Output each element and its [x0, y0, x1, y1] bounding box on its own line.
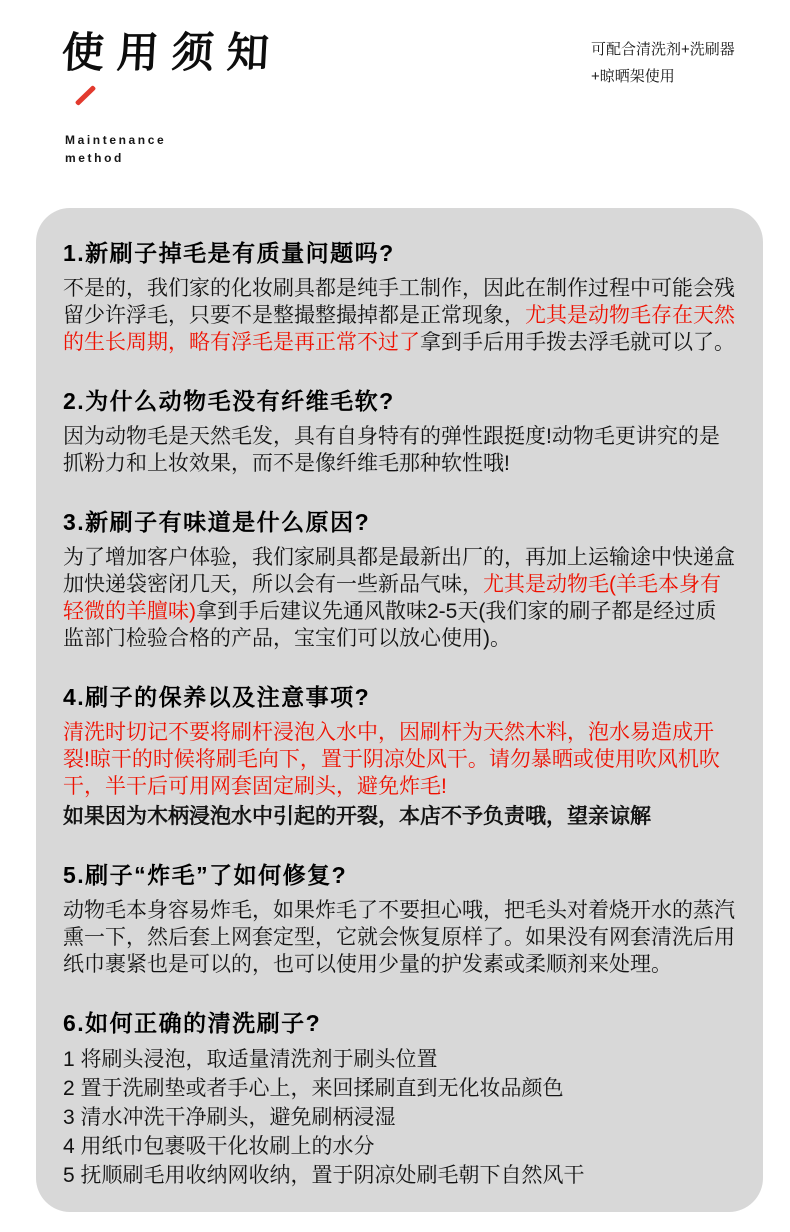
accessory-note-line: 可配合清洗剂+洗刷器	[591, 36, 735, 63]
usage-notice-page: 使用须知 Maintenance method 可配合清洗剂+洗刷器 +晾晒架使…	[0, 0, 790, 1232]
answer-text-segment: 动物毛本身容易炸毛，如果炸毛了不要担心哦，把毛头对着烧开水的蒸汽熏一下，然后套上…	[63, 899, 735, 976]
cleaning-step: 1 将刷头浸泡，取适量清洗剂于刷头位置	[63, 1045, 737, 1074]
faq-question: 1.新刷子掉毛是有质量问题吗?	[63, 235, 737, 268]
faq-panel: 1.新刷子掉毛是有质量问题吗? 不是的，我们家的化妆刷具都是纯手工制作，因此在制…	[36, 208, 763, 1212]
faq-answer: 为了增加客户体验，我们家刷具都是最新出厂的，再加上运输途中快递盒加快递袋密闭几天…	[63, 544, 737, 652]
faq-section-2: 2.为什么动物毛没有纤维毛软? 因为动物毛是天然毛发，具有自身特有的弹性跟挺度!…	[63, 383, 737, 477]
brush-stroke-icon	[75, 85, 96, 106]
faq-section-3: 3.新刷子有味道是什么原因? 为了增加客户体验，我们家刷具都是最新出厂的，再加上…	[63, 504, 737, 652]
answer-text-segment: 清洗时切记不要将刷杆浸泡入水中，因刷杆为天然木料，泡水易造成开裂!晾干的时候将刷…	[63, 721, 720, 798]
cleaning-step: 2 置于洗刷垫或者手心上，来回揉刷直到无化妆品颜色	[63, 1074, 737, 1103]
faq-question: 4.刷子的保养以及注意事项?	[63, 679, 737, 712]
accessory-note: 可配合清洗剂+洗刷器 +晾晒架使用	[591, 36, 735, 90]
subtitle-en: Maintenance method	[65, 131, 166, 167]
faq-question: 3.新刷子有味道是什么原因?	[63, 504, 737, 537]
page-title: 使用须知	[60, 20, 283, 80]
faq-section-6: 6.如何正确的清洗刷子? 1 将刷头浸泡，取适量清洗剂于刷头位置2 置于洗刷垫或…	[63, 1005, 737, 1190]
faq-section-5: 5.刷子“炸毛”了如何修复? 动物毛本身容易炸毛，如果炸毛了不要担心哦，把毛头对…	[63, 857, 737, 978]
answer-text-segment: 因为动物毛是天然毛发，具有自身特有的弹性跟挺度!动物毛更讲究的是抓粉力和上妆效果…	[63, 425, 720, 475]
cleaning-step: 5 抚顺刷毛用收纳网收纳，置于阴凉处刷毛朝下自然风干	[63, 1161, 737, 1190]
faq-answer: 动物毛本身容易炸毛，如果炸毛了不要担心哦，把毛头对着烧开水的蒸汽熏一下，然后套上…	[63, 897, 737, 978]
disclaimer-note: 如果因为木柄浸泡水中引起的开裂，本店不予负责哦，望亲谅解	[63, 803, 737, 830]
cleaning-steps: 1 将刷头浸泡，取适量清洗剂于刷头位置2 置于洗刷垫或者手心上，来回揉刷直到无化…	[63, 1045, 737, 1190]
faq-answer: 不是的，我们家的化妆刷具都是纯手工制作，因此在制作过程中可能会残留少许浮毛，只要…	[63, 275, 737, 356]
cleaning-step: 4 用纸巾包裹吸干化妆刷上的水分	[63, 1132, 737, 1161]
subtitle-line: Maintenance	[65, 131, 166, 149]
faq-answer: 因为动物毛是天然毛发，具有自身特有的弹性跟挺度!动物毛更讲究的是抓粉力和上妆效果…	[63, 423, 737, 477]
faq-question: 5.刷子“炸毛”了如何修复?	[63, 857, 737, 890]
faq-question: 2.为什么动物毛没有纤维毛软?	[63, 383, 737, 416]
faq-section-1: 1.新刷子掉毛是有质量问题吗? 不是的，我们家的化妆刷具都是纯手工制作，因此在制…	[63, 235, 737, 356]
faq-question: 6.如何正确的清洗刷子?	[63, 1005, 737, 1038]
faq-answer: 清洗时切记不要将刷杆浸泡入水中，因刷杆为天然木料，泡水易造成开裂!晾干的时候将刷…	[63, 719, 737, 800]
answer-text-segment: 拿到手后用手拨去浮毛就可以了。	[420, 331, 735, 354]
cleaning-step: 3 清水冲洗干净刷头，避免刷柄浸湿	[63, 1103, 737, 1132]
faq-section-4: 4.刷子的保养以及注意事项? 清洗时切记不要将刷杆浸泡入水中，因刷杆为天然木料，…	[63, 679, 737, 830]
subtitle-line: method	[65, 149, 166, 167]
accessory-note-line: +晾晒架使用	[591, 63, 735, 90]
